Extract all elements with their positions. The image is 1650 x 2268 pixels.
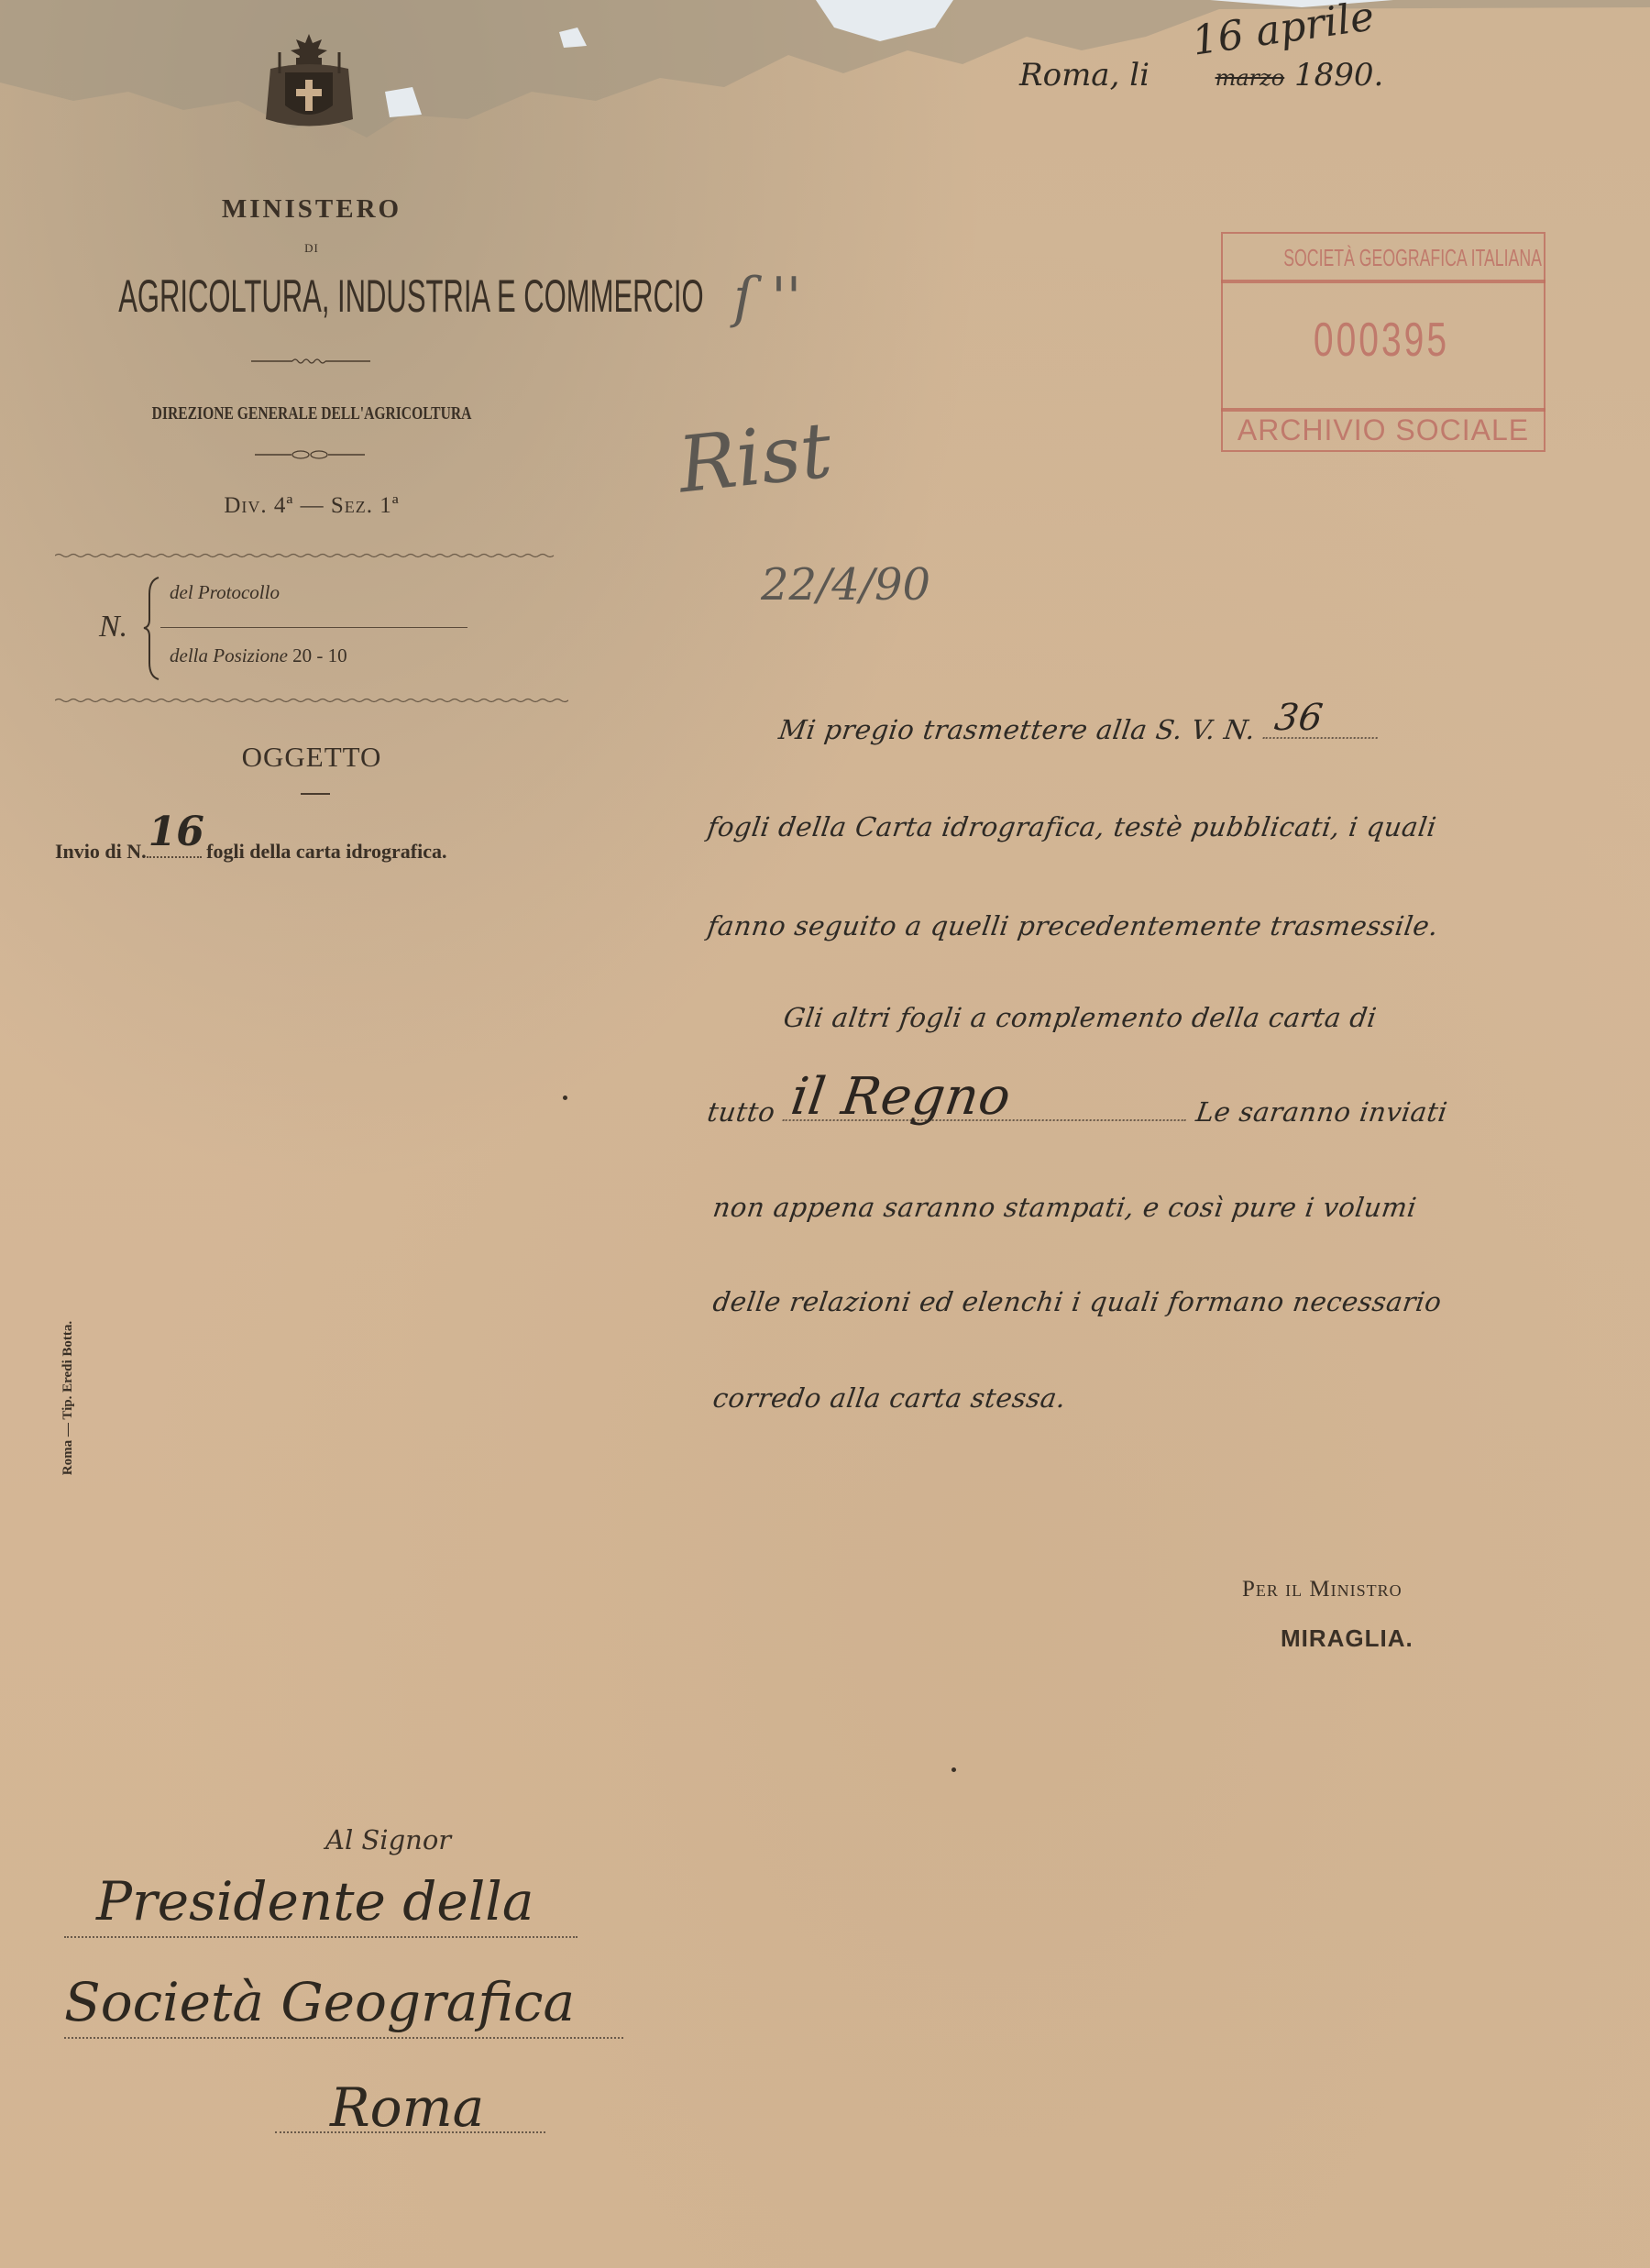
stamp-number: 000395 xyxy=(1261,313,1502,368)
address-line-2: Società Geografica xyxy=(64,1971,575,2033)
sheet-count-handwritten: 36 xyxy=(1272,697,1325,739)
ink-speck xyxy=(563,1095,567,1100)
sheet-count-field[interactable]: 36 xyxy=(1263,713,1381,739)
protocollo-label: del Protocollo xyxy=(170,581,280,604)
body-line-5: tutto il Regno Le saranno inviati xyxy=(706,1095,1450,1128)
oggetto-heading: OGGETTO xyxy=(0,741,623,774)
royal-coat-of-arms-icon xyxy=(252,32,367,133)
subject-suffix: fogli della carta idrografica. xyxy=(206,840,446,863)
address-line-1: Presidente della xyxy=(96,1870,533,1932)
body-line-2: fogli della Carta idrografica, testè pub… xyxy=(706,811,1439,842)
body-line-1-text: Mi pregio trasmettere alla S. V. N. xyxy=(777,714,1258,745)
body-line-8: corredo alla carta stessa. xyxy=(711,1382,1068,1414)
posizione-value: 20 - 10 xyxy=(292,644,347,666)
subject-prefix: Invio di N. xyxy=(55,840,147,863)
address-rule-3 xyxy=(275,2131,545,2133)
pencil-note-3: 22/4/90 xyxy=(761,559,930,611)
subject-count-field[interactable]: 16 xyxy=(147,840,202,858)
address-line-3: Roma xyxy=(330,2076,484,2139)
body-line-5-pre: tutto xyxy=(706,1096,777,1128)
kingdom-field[interactable]: il Regno xyxy=(783,1095,1190,1121)
posizione-label: della Posizione xyxy=(170,644,288,666)
stamp-top: SOCIETÀ GEOGRAFICA ITALIANA xyxy=(1221,232,1545,283)
address-rule-1 xyxy=(64,1936,577,1938)
body-line-3: fanno seguito a quelli precedentemente t… xyxy=(706,910,1441,941)
stamp-top-text: SOCIETÀ GEOGRAFICA ITALIANA xyxy=(1283,234,1542,281)
protocollo-field[interactable] xyxy=(160,627,467,628)
di-label: DI xyxy=(0,241,623,256)
ink-speck xyxy=(951,1767,956,1772)
printer-imprint-text: Roma — Tip. Eredi Botta. xyxy=(60,1279,76,1517)
brace-icon xyxy=(142,576,162,681)
ministry-name: AGRICOLTURA, INDUSTRIA E COMMERCIO xyxy=(118,270,505,323)
wavy-rule xyxy=(55,552,568,559)
torn-edge-damage xyxy=(0,0,1650,156)
printer-imprint: Roma — Tip. Eredi Botta. xyxy=(60,1279,82,1517)
number-label: N. xyxy=(99,610,127,644)
pencil-note-2: Rist xyxy=(674,405,835,511)
salutation: Al Signor xyxy=(325,1824,451,1855)
body-line-1: Mi pregio trasmettere alla S. V. N. 36 xyxy=(777,713,1381,745)
stamp-bottom: ARCHIVIO SOCIALE xyxy=(1221,408,1545,452)
body-line-7: delle relazioni ed elenchi i quali forma… xyxy=(711,1286,1444,1317)
date-place: Roma, li xyxy=(1019,57,1149,94)
posizione-line: della Posizione 20 - 10 xyxy=(170,644,347,667)
subject-line: Invio di N.16 fogli della carta idrograf… xyxy=(55,840,446,864)
ornament-divider-icon xyxy=(255,449,365,460)
signature-per: Per il Ministro xyxy=(1242,1577,1402,1602)
signature-name: MIRAGLIA. xyxy=(1281,1624,1413,1653)
ornament-divider-icon xyxy=(251,356,370,367)
body-line-4: Gli altri fogli a complemento della cart… xyxy=(782,1002,1379,1033)
oggetto-dash xyxy=(301,793,330,795)
date-year: 1890. xyxy=(1294,57,1383,94)
subject-count-handwritten: 16 xyxy=(148,809,204,855)
pencil-note-1: ſ '' xyxy=(733,266,801,330)
kingdom-handwritten: il Regno xyxy=(787,1067,1015,1127)
body-line-6: non appena saranno stampati, e così pure… xyxy=(711,1192,1419,1223)
ministero-heading: MINISTERO xyxy=(0,194,623,225)
archive-stamp: SOCIETÀ GEOGRAFICA ITALIANA 000395 ARCHI… xyxy=(1221,232,1546,452)
body-line-5-post: Le saranno inviati xyxy=(1194,1096,1450,1128)
address-rule-2 xyxy=(64,2037,623,2039)
date-month-struck: marzo xyxy=(1215,65,1285,91)
division-section: Div. 4ª — Sez. 1ª xyxy=(0,493,623,519)
wavy-rule xyxy=(55,697,568,704)
direzione-generale: DIREZIONE GENERALE DELL'AGRICOLTURA xyxy=(69,403,555,424)
